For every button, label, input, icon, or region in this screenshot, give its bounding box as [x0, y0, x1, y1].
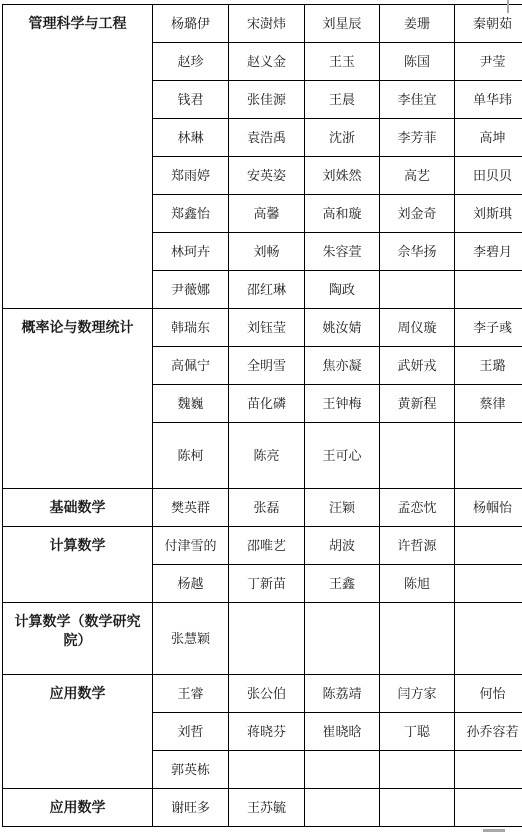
student-name-cell: 尹莹: [455, 43, 522, 81]
student-name-cell: 邵红琳: [229, 271, 305, 309]
student-name-cell: 刘斯琪: [455, 195, 522, 233]
vertical-scrollbar-thumb[interactable]: [507, 0, 509, 13]
student-name-cell: 全明雪: [229, 347, 305, 385]
student-name-cell: 王睿: [153, 675, 229, 713]
student-name-cell: 武妍戎: [380, 347, 455, 385]
student-name-cell: 杨璐伊: [153, 5, 229, 43]
empty-cell: [229, 603, 305, 675]
student-name-cell: 苗化磷: [229, 385, 305, 423]
student-name-cell: 樊英群: [153, 489, 229, 527]
document-page: 管理科学与工程杨璐伊宋澍炜刘星辰姜珊秦朝茹赵珍赵义金王玉陈国尹莹钱君张佳源王晨李…: [2, 4, 522, 827]
student-name-cell: 付津雪的: [153, 527, 229, 565]
student-name-cell: 谢旺多: [153, 789, 229, 827]
category-cell: 管理科学与工程: [3, 5, 153, 309]
table-body: 管理科学与工程杨璐伊宋澍炜刘星辰姜珊秦朝茹赵珍赵义金王玉陈国尹莹钱君张佳源王晨李…: [3, 5, 522, 827]
empty-cell: [380, 789, 455, 827]
student-name-cell: 赵珍: [153, 43, 229, 81]
empty-cell: [305, 751, 380, 789]
student-name-cell: 汪颖: [305, 489, 380, 527]
student-name-cell: 韩瑞东: [153, 309, 229, 347]
empty-cell: [455, 751, 522, 789]
student-name-cell: 郭英栋: [153, 751, 229, 789]
empty-cell: [455, 603, 522, 675]
student-name-cell: 何怡: [455, 675, 522, 713]
empty-cell: [305, 603, 380, 675]
category-cell: 计算数学: [3, 527, 153, 603]
student-name-cell: 单华玮: [455, 81, 522, 119]
student-name-cell: 丁新苗: [229, 565, 305, 603]
student-name-cell: 高佩宁: [153, 347, 229, 385]
student-name-cell: 高艺: [380, 157, 455, 195]
student-name-cell: 蒋晓芬: [229, 713, 305, 751]
student-name-cell: 钱君: [153, 81, 229, 119]
student-name-cell: 孙乔容若: [455, 713, 522, 751]
student-name-cell: 闫方家: [380, 675, 455, 713]
table-row: 计算数学（数学研究院）张慧颖: [3, 603, 522, 675]
table-row: 基础数学樊英群张磊汪颖孟恋忱杨帼怡: [3, 489, 522, 527]
student-name-cell: 林珂卉: [153, 233, 229, 271]
table-row: 计算数学付津雪的邵唯艺胡波许哲源: [3, 527, 522, 565]
student-name-cell: 李佳宜: [380, 81, 455, 119]
student-name-cell: 王璐: [455, 347, 522, 385]
category-cell: 应用数学: [3, 675, 153, 789]
student-name-cell: 胡波: [305, 527, 380, 565]
student-name-cell: 姜珊: [380, 5, 455, 43]
student-name-cell: 杨帼怡: [455, 489, 522, 527]
student-name-cell: 宋澍炜: [229, 5, 305, 43]
student-name-cell: 张慧颖: [153, 603, 229, 675]
student-name-cell: 邵唯艺: [229, 527, 305, 565]
student-name-cell: 王玉: [305, 43, 380, 81]
empty-cell: [380, 271, 455, 309]
student-name-cell: 高馨: [229, 195, 305, 233]
student-name-cell: 崔晓晗: [305, 713, 380, 751]
empty-cell: [455, 271, 522, 309]
student-name-cell: 魏巍: [153, 385, 229, 423]
student-name-cell: 田贝贝: [455, 157, 522, 195]
student-name-cell: 刘钰莹: [229, 309, 305, 347]
student-name-cell: 蔡律: [455, 385, 522, 423]
student-name-cell: 高和璇: [305, 195, 380, 233]
student-name-cell: 陈亮: [229, 423, 305, 489]
empty-cell: [380, 603, 455, 675]
student-name-cell: 秦朝茹: [455, 5, 522, 43]
student-name-cell: 刘金奇: [380, 195, 455, 233]
student-name-cell: 林琳: [153, 119, 229, 157]
student-name-cell: 王钟梅: [305, 385, 380, 423]
student-roster-table: 管理科学与工程杨璐伊宋澍炜刘星辰姜珊秦朝茹赵珍赵义金王玉陈国尹莹钱君张佳源王晨李…: [2, 4, 522, 827]
student-name-cell: 李子彧: [455, 309, 522, 347]
student-name-cell: 刘哲: [153, 713, 229, 751]
student-name-cell: 佘华扬: [380, 233, 455, 271]
category-cell: 应用数学: [3, 789, 153, 827]
student-name-cell: 王苏毓: [229, 789, 305, 827]
empty-cell: [455, 565, 522, 603]
student-name-cell: 张磊: [229, 489, 305, 527]
student-name-cell: 周仪璇: [380, 309, 455, 347]
student-name-cell: 张公伯: [229, 675, 305, 713]
student-name-cell: 王晨: [305, 81, 380, 119]
student-name-cell: 沈浙: [305, 119, 380, 157]
student-name-cell: 赵义金: [229, 43, 305, 81]
student-name-cell: 刘畅: [229, 233, 305, 271]
empty-cell: [455, 527, 522, 565]
student-name-cell: 李芳菲: [380, 119, 455, 157]
table-row: 应用数学谢旺多王苏毓: [3, 789, 522, 827]
student-name-cell: 许哲源: [380, 527, 455, 565]
student-name-cell: 陈柯: [153, 423, 229, 489]
empty-cell: [229, 751, 305, 789]
table-row: 应用数学王睿张公伯陈荔靖闫方家何怡: [3, 675, 522, 713]
student-name-cell: 王鑫: [305, 565, 380, 603]
student-name-cell: 杨越: [153, 565, 229, 603]
student-name-cell: 朱容萱: [305, 233, 380, 271]
student-name-cell: 尹薇娜: [153, 271, 229, 309]
student-name-cell: 姚汝婧: [305, 309, 380, 347]
student-name-cell: 安英姿: [229, 157, 305, 195]
student-name-cell: 郑雨婷: [153, 157, 229, 195]
category-cell: 计算数学（数学研究院）: [3, 603, 153, 675]
empty-cell: [380, 751, 455, 789]
student-name-cell: 刘星辰: [305, 5, 380, 43]
student-name-cell: 李碧月: [455, 233, 522, 271]
student-name-cell: 袁浩禹: [229, 119, 305, 157]
student-name-cell: 刘姝然: [305, 157, 380, 195]
empty-cell: [455, 789, 522, 827]
student-name-cell: 陈国: [380, 43, 455, 81]
student-name-cell: 王可心: [305, 423, 380, 489]
student-name-cell: 陈旭: [380, 565, 455, 603]
table-row: 概率论与数理统计韩瑞东刘钰莹姚汝婧周仪璇李子彧: [3, 309, 522, 347]
student-name-cell: 孟恋忱: [380, 489, 455, 527]
empty-cell: [305, 789, 380, 827]
student-name-cell: 张佳源: [229, 81, 305, 119]
student-name-cell: 高坤: [455, 119, 522, 157]
category-cell: 概率论与数理统计: [3, 309, 153, 489]
table-row: 管理科学与工程杨璐伊宋澍炜刘星辰姜珊秦朝茹: [3, 5, 522, 43]
empty-cell: [380, 423, 455, 489]
student-name-cell: 郑鑫怡: [153, 195, 229, 233]
student-name-cell: 焦亦凝: [305, 347, 380, 385]
student-name-cell: 陈荔靖: [305, 675, 380, 713]
empty-cell: [455, 423, 522, 489]
category-cell: 基础数学: [3, 489, 153, 527]
student-name-cell: 陶政: [305, 271, 380, 309]
student-name-cell: 黄新程: [380, 385, 455, 423]
student-name-cell: 丁聪: [380, 713, 455, 751]
